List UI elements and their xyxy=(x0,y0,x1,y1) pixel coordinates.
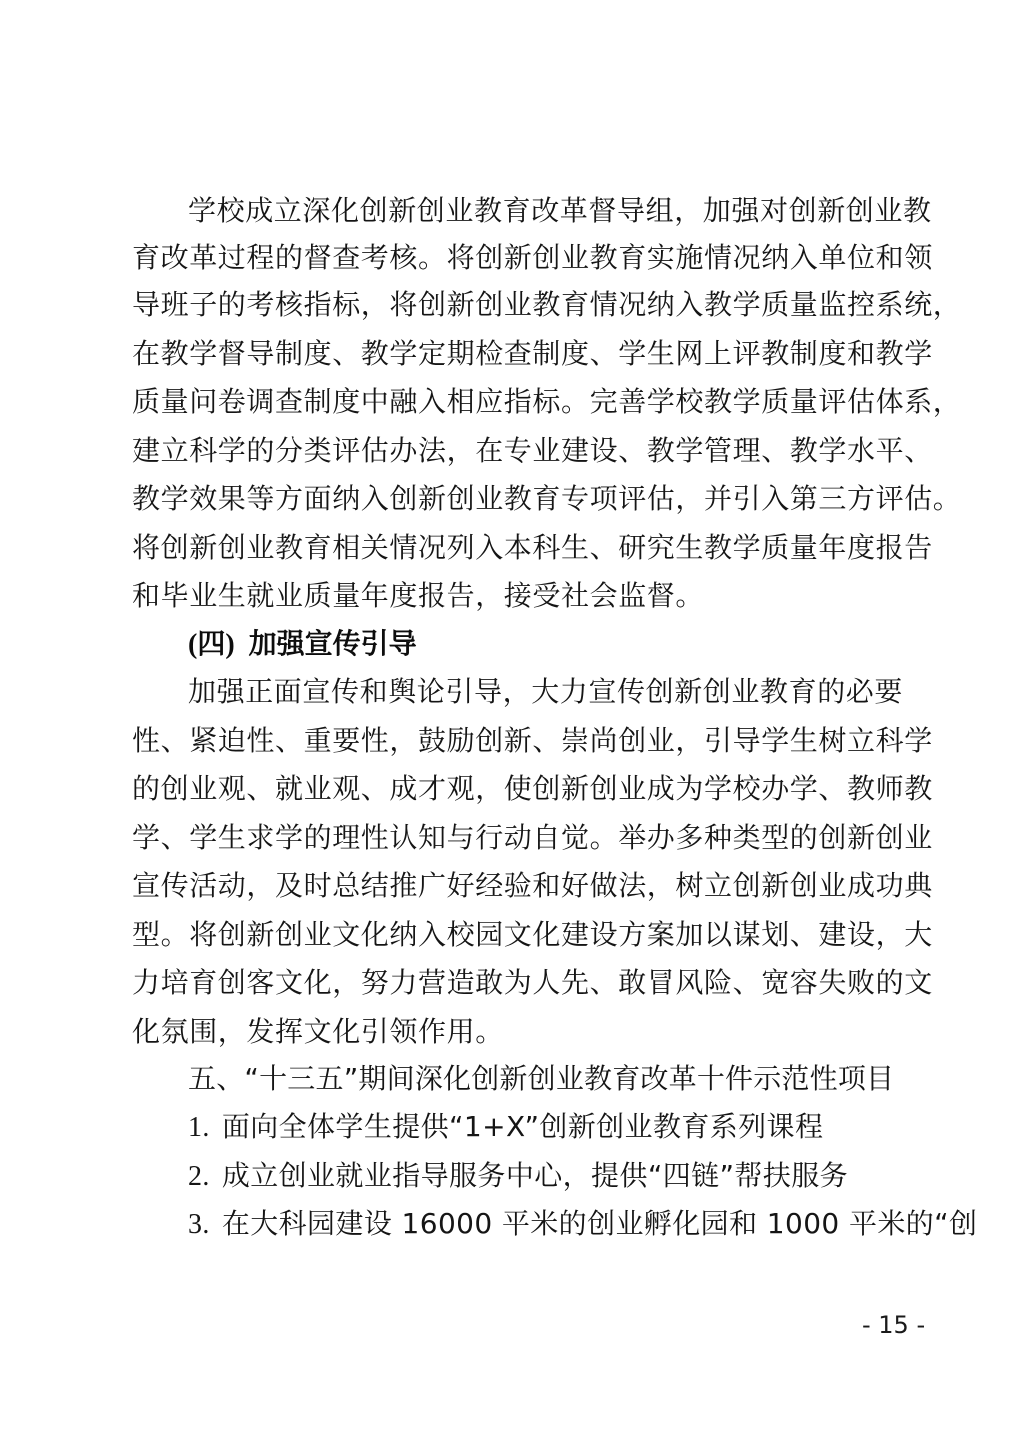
paragraph-line: 建立科学的分类评估办法，在专业建设、教学管理、教学水平、 xyxy=(132,433,892,469)
paragraph-line: 型。将创新创业文化纳入校园文化建设方案加以谋划、建设，大 xyxy=(132,917,892,953)
paragraph-line: 化氛围，发挥文化引领作用。 xyxy=(132,1014,892,1050)
list-item-number: 2. xyxy=(188,1161,210,1192)
list-item-text: 成立创业就业指导服务中心，提供“四链”帮扶服务 xyxy=(222,1159,848,1192)
paragraph-line: 在教学督导制度、教学定期检查制度、学生网上评教制度和教学 xyxy=(132,336,892,372)
page-number: - 15 - xyxy=(862,1309,925,1341)
list-item-text: 在大科园建设 16000 平米的创业孵化园和 1000 平米的“创 xyxy=(222,1207,978,1240)
heading-title: 加强宣传引导 xyxy=(249,627,417,660)
paragraph-line: 教学效果等方面纳入创新创业教育专项评估，并引入第三方评估。 xyxy=(132,481,892,517)
paragraph-line: 将创新创业教育相关情况列入本科生、研究生教学质量年度报告 xyxy=(132,530,892,566)
paragraph-line: 的创业观、就业观、成才观，使创新创业成为学校办学、教师教 xyxy=(132,771,892,807)
paragraph-line: 学校成立深化创新创业教育改革督导组，加强对创新创业教 xyxy=(188,193,892,229)
list-item-text: 面向全体学生提供“1+X”创新创业教育系列课程 xyxy=(222,1110,824,1143)
list-item-number: 3. xyxy=(188,1209,210,1240)
heading-number: (四) xyxy=(188,629,235,660)
paragraph-line: 力培育创客文化，努力营造敢为人先、敢冒风险、宽容失败的文 xyxy=(132,965,892,1001)
list-item: 2.成立创业就业指导服务中心，提供“四链”帮扶服务 xyxy=(188,1158,848,1195)
paragraph-line: 育改革过程的督查考核。将创新创业教育实施情况纳入单位和领 xyxy=(132,240,892,276)
paragraph-line: 学、学生求学的理性认知与行动自觉。举办多种类型的创新创业 xyxy=(132,820,892,856)
list-item-number: 1. xyxy=(188,1112,210,1143)
list-item: 1.面向全体学生提供“1+X”创新创业教育系列课程 xyxy=(188,1109,823,1146)
paragraph-line: 质量问卷调查制度中融入相应指标。完善学校教学质量评估体系， xyxy=(132,384,892,420)
paragraph-line: 加强正面宣传和舆论引导，大力宣传创新创业教育的必要 xyxy=(188,674,892,710)
paragraph-line: 和毕业生就业质量年度报告，接受社会监督。 xyxy=(132,578,892,614)
document-page: 学校成立深化创新创业教育改革督导组，加强对创新创业教 育改革过程的督查考核。将创… xyxy=(0,0,1024,1447)
list-item: 3.在大科园建设 16000 平米的创业孵化园和 1000 平米的“创 xyxy=(188,1206,977,1243)
section-heading-five: 五、“十三五”期间深化创新创业教育改革十件示范性项目 xyxy=(188,1061,894,1097)
paragraph-line: 性、紧迫性、重要性，鼓励创新、崇尚创业，引导学生树立科学 xyxy=(132,723,892,759)
paragraph-line: 宣传活动，及时总结推广好经验和好做法，树立创新创业成功典 xyxy=(132,868,892,904)
section-heading-four: (四)加强宣传引导 xyxy=(188,626,417,663)
paragraph-line: 导班子的考核指标，将创新创业教育情况纳入教学质量监控系统， xyxy=(132,287,892,323)
